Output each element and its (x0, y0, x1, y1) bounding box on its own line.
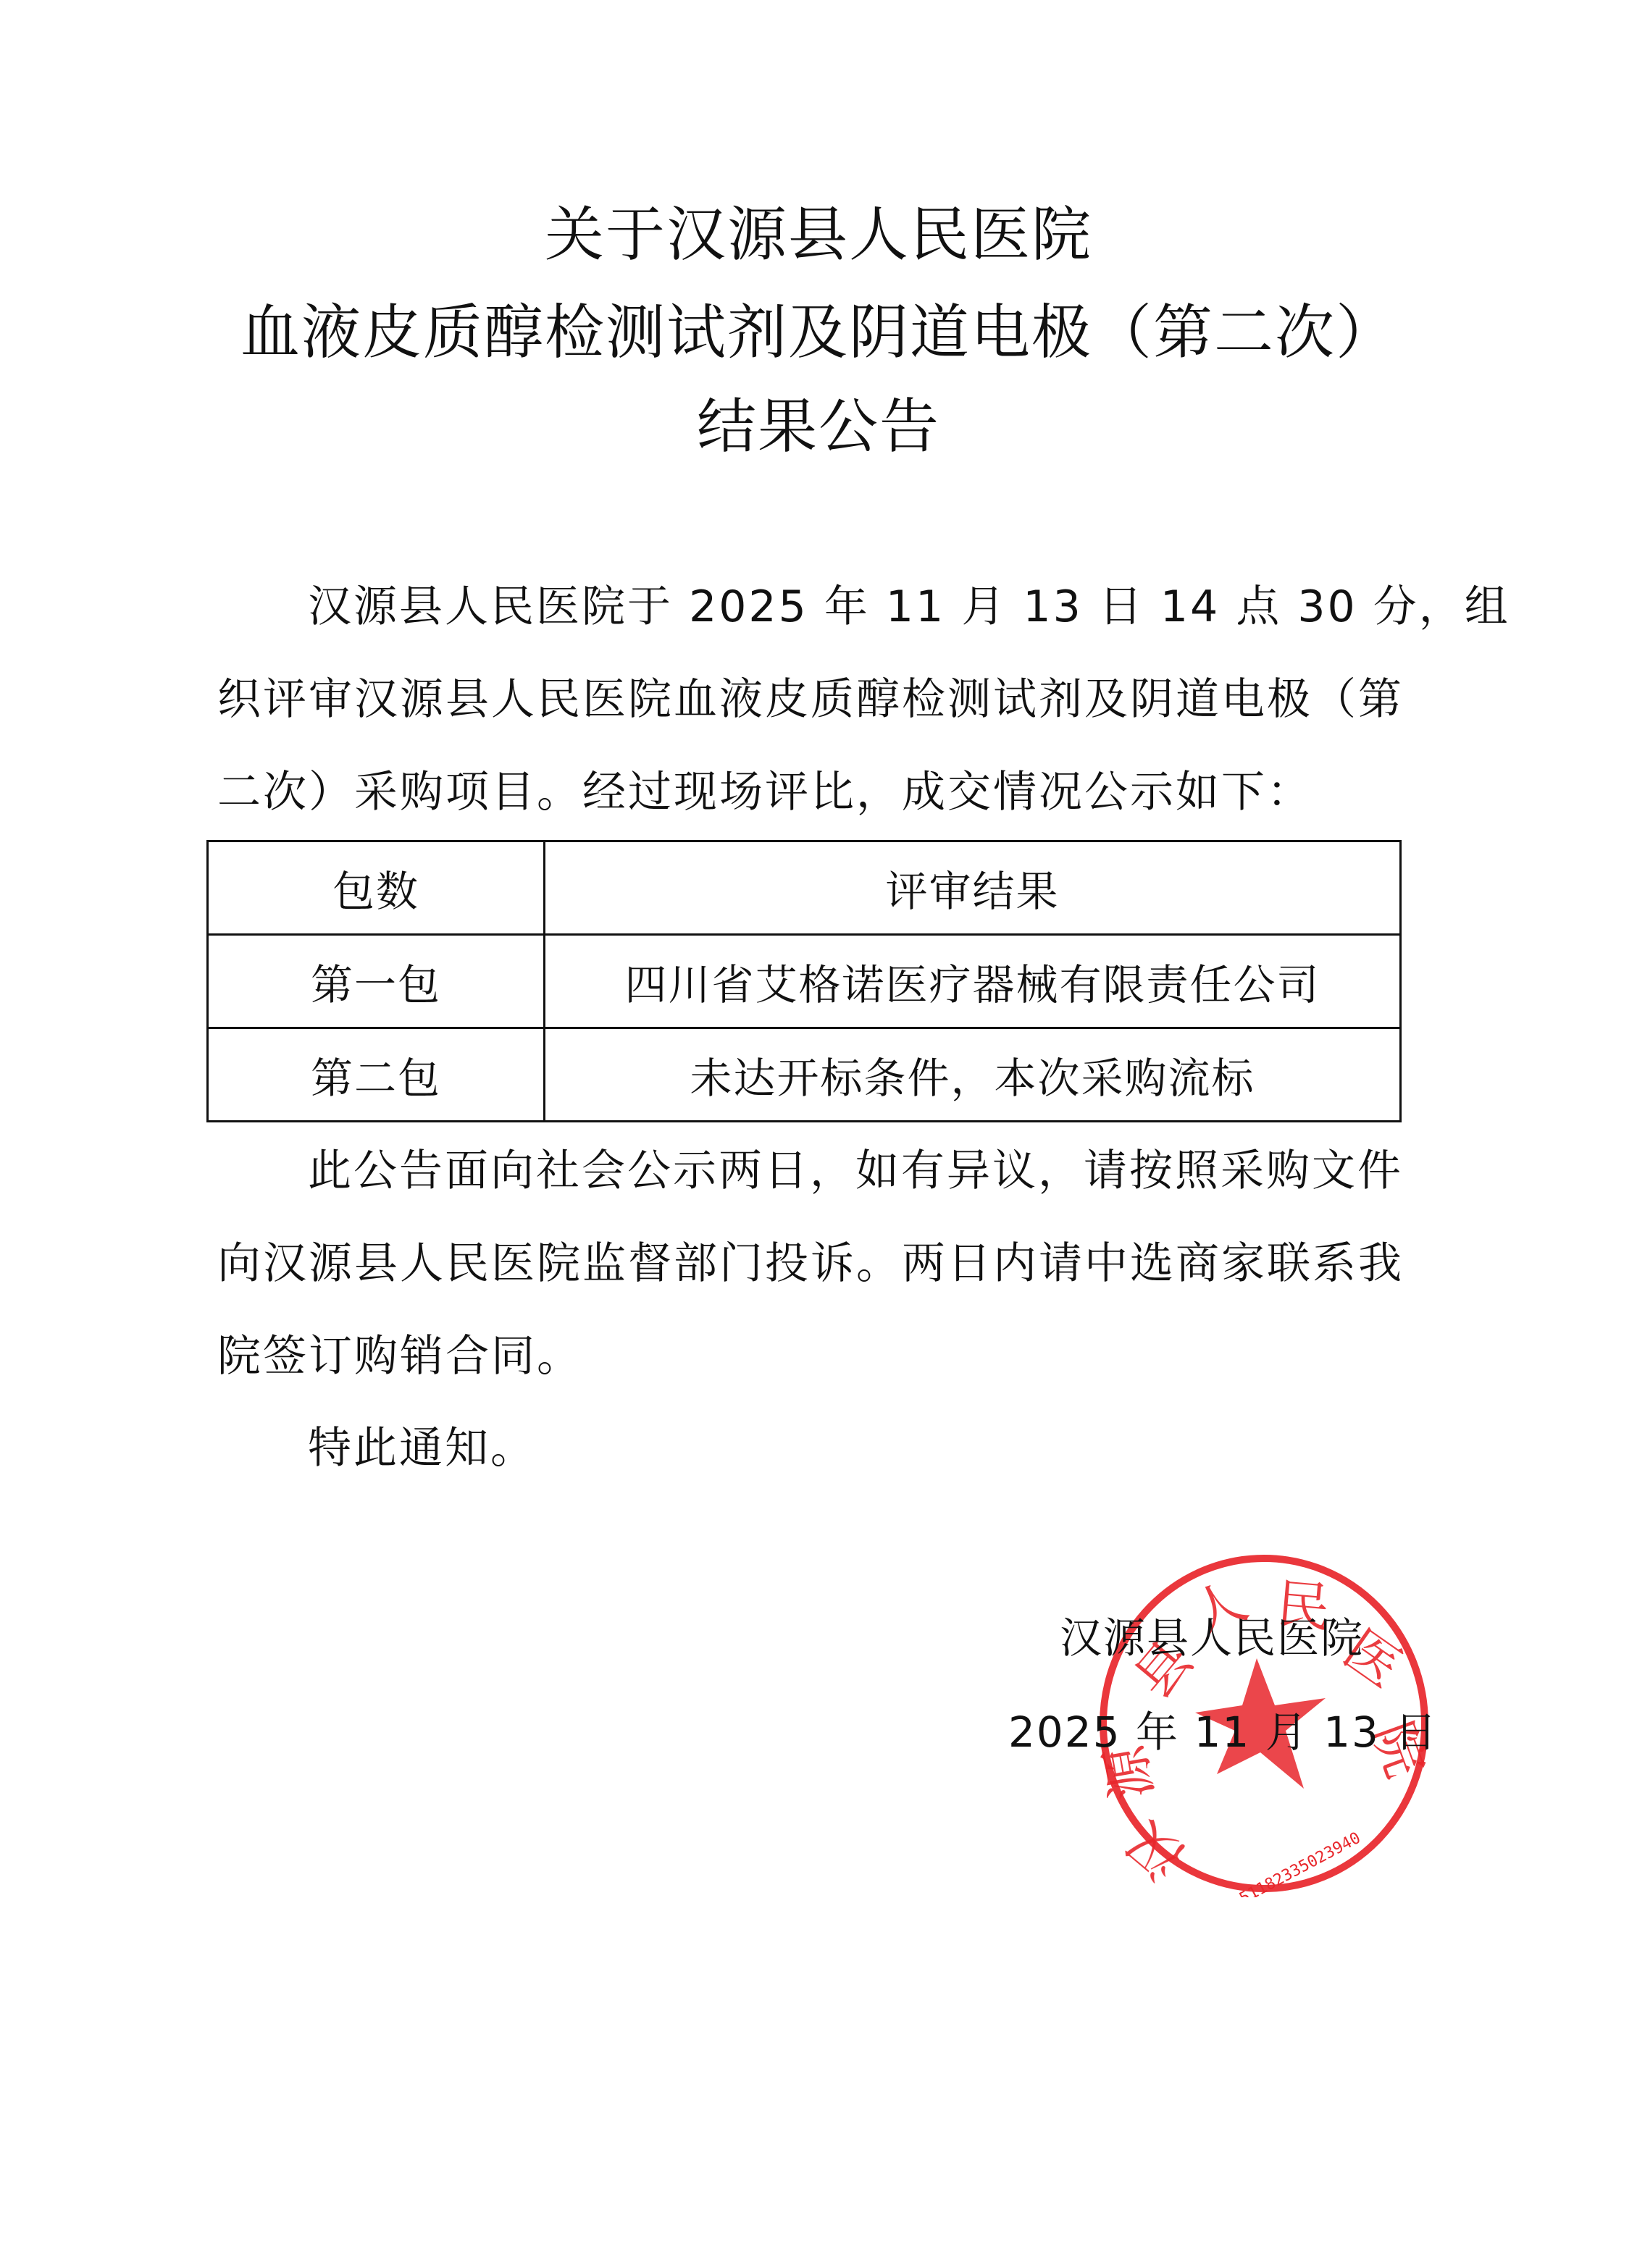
header-result: 评审结果 (545, 841, 1401, 935)
signature-organization: 汉源县人民医院 (1060, 1609, 1364, 1667)
notice-line-2: 向汉源县人民医院监督部门投诉。两日内请中选商家联系我 (217, 1235, 1420, 1293)
notice-line-3: 院签订购销合同。 (217, 1327, 1420, 1385)
table-row: 第二包 未达开标条件，本次采购流标 (208, 1028, 1401, 1122)
intro-line-3: 二次）采购项目。经过现场评比，成交情况公示如下： (217, 763, 1420, 821)
title-line-3: 结果公告 (0, 391, 1637, 463)
result-table: 包数 评审结果 第一包 四川省艾格诺医疗器械有限责任公司 第二包 未达开标条件，… (206, 840, 1402, 1122)
intro-line-1: 汉源县人民医院于 2025 年 11 月 13 日 14 点 30 分，组 (308, 578, 1510, 636)
package-cell: 第一包 (208, 935, 545, 1028)
signature-date: 2025 年 11 月 13 日 (1008, 1703, 1438, 1761)
closing-line: 特此通知。 (308, 1419, 1510, 1477)
title-line-2: 血液皮质醇检测试剂及阴道电极（第二次） (0, 297, 1637, 369)
notice-line-1: 此公告面向社会公示两日，如有异议，请按照采购文件 (308, 1142, 1510, 1200)
svg-text:汉: 汉 (1115, 1810, 1197, 1891)
title-line-1: 关于汉源县人民医院 (0, 199, 1637, 272)
package-cell: 第二包 (208, 1028, 545, 1122)
header-package: 包数 (208, 841, 545, 935)
table-header-row: 包数 评审结果 (208, 841, 1401, 935)
table-row: 第一包 四川省艾格诺医疗器械有限责任公司 (208, 935, 1401, 1028)
result-cell: 未达开标条件，本次采购流标 (545, 1028, 1401, 1122)
result-cell: 四川省艾格诺医疗器械有限责任公司 (545, 935, 1401, 1028)
intro-line-2: 织评审汉源县人民医院血液皮质醇检测试剂及阴道电极（第 (217, 671, 1420, 728)
